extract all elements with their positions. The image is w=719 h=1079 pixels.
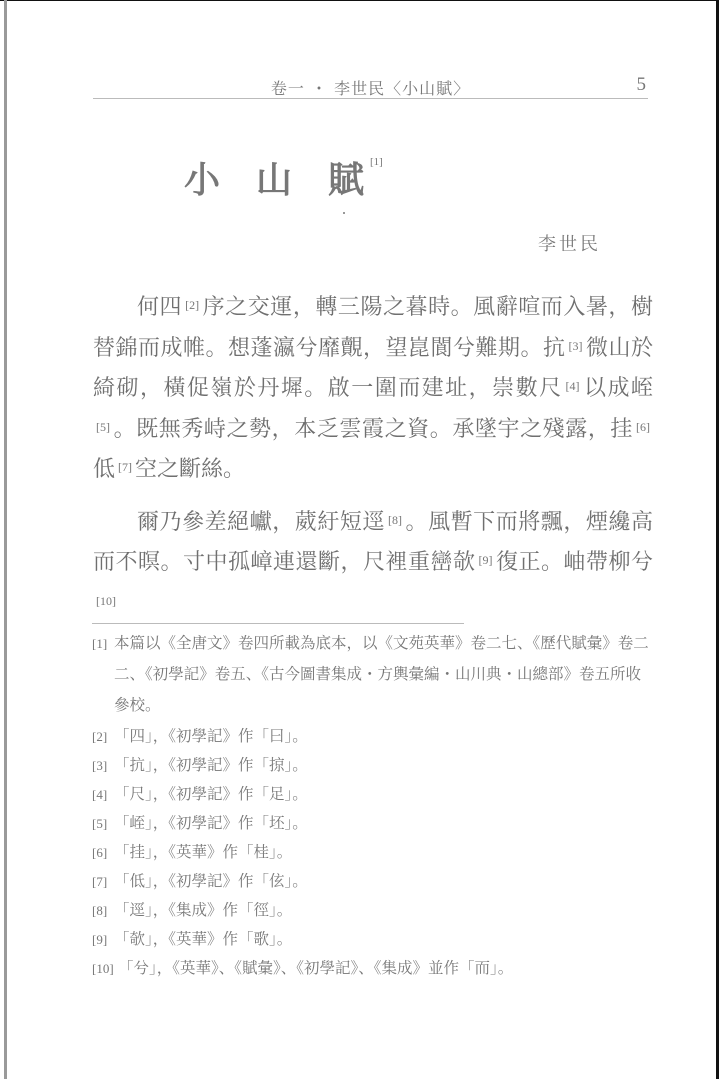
footnote-number: [2] <box>92 722 114 751</box>
footnote-ref[interactable]: [6] <box>636 420 650 434</box>
footnote-number: [6] <box>92 838 114 867</box>
footnote-3: [3]「抗」，《初學記》作「掠」。 <box>92 751 652 780</box>
author-name: 李世民 <box>538 230 601 256</box>
text-run: 空之斷絲。 <box>135 457 245 482</box>
footnote-10: [10]「兮」，《英華》、《賦彙》、《初學記》、《集成》並作「而」。 <box>92 954 652 983</box>
text-run: 爾乃參差絕巘，葳紆短逕 <box>137 510 385 535</box>
footnote-text: 「兮」，《英華》、《賦彙》、《初學記》、《集成》並作「而」。 <box>118 959 513 977</box>
footnote-text: 「挂」，《英華》作「桂」。 <box>114 843 292 861</box>
footnote-2: [2]「四」，《初學記》作「曰」。 <box>92 722 652 751</box>
footnote-ref[interactable]: [3] <box>568 339 582 353</box>
scan-speck <box>343 212 345 214</box>
footnote-ref[interactable]: [7] <box>118 460 132 474</box>
footnote-text: 「峌」，《初學記》作「坯」。 <box>114 814 308 832</box>
footnote-1: [1]本篇以《全唐文》卷四所載為底本，以《文苑英華》卷二七、《歷代賦彙》卷二二、… <box>92 628 652 721</box>
footnote-6: [6]「挂」，《英華》作「桂」。 <box>92 838 652 867</box>
footnote-8: [8]「逕」，《集成》作「徑」。 <box>92 896 652 925</box>
footnote-text: 「低」，《初學記》作「伭」。 <box>114 872 308 890</box>
text-run: 以成峌 <box>583 376 653 401</box>
footnote-number: [1] <box>92 628 114 659</box>
footnote-ref[interactable]: [10] <box>96 594 116 608</box>
title-text: 小山賦 <box>184 159 400 201</box>
footnote-ref[interactable]: [9] <box>478 553 492 567</box>
text-run: 低 <box>93 457 115 482</box>
footnote-number: [5] <box>92 809 114 838</box>
footnote-5: [5]「峌」，《初學記》作「坯」。 <box>92 809 652 838</box>
footnote-number: [10] <box>92 954 118 983</box>
footnotes: [1]本篇以《全唐文》卷四所載為底本，以《文苑英華》卷二七、《歷代賦彙》卷二二、… <box>92 628 652 983</box>
footnote-text: 「逕」，《集成》作「徑」。 <box>114 901 292 919</box>
footnote-number: [8] <box>92 896 114 925</box>
footnote-text: 「抗」，《初學記》作「掠」。 <box>114 756 308 774</box>
header-rule <box>93 98 648 99</box>
footnote-7: [7]「低」，《初學記》作「伭」。 <box>92 867 652 896</box>
paragraph-1: 何四[2]序之交運，轉三陽之暮時。風辭喧而入暑，樹替錦而成帷。想蓬瀛兮靡覿，望崑… <box>93 288 653 491</box>
paragraph-2: 爾乃參差絕巘，葳紆短逕[8]。風暫下而將飄，煙纔高而不暝。寸中孤嶂連還斷，尺裡重… <box>93 503 653 625</box>
footnote-text: 「尺」，《初學記》作「足」。 <box>114 785 308 803</box>
footnote-ref[interactable]: [4] <box>566 379 580 393</box>
text-run: 何四 <box>137 295 182 320</box>
footnote-number: [3] <box>92 751 114 780</box>
footnote-ref[interactable]: [5] <box>96 420 110 434</box>
footnote-number: [9] <box>92 925 114 954</box>
footnote-text: 「欹」，《英華》作「歌」。 <box>114 930 292 948</box>
text-run: 。既無秀峙之勢，本乏雲霞之資。承墜宇之殘露，挂 <box>113 417 633 442</box>
footnote-ref[interactable]: [2] <box>185 298 199 312</box>
footnote-text: 本篇以《全唐文》卷四所載為底本，以《文苑英華》卷二七、《歷代賦彙》卷二二、《初學… <box>114 634 649 714</box>
page-number: 5 <box>637 74 647 96</box>
running-head-title: 卷一 ・ 李世民〈小山賦〉 <box>93 76 648 99</box>
title-footnote-ref[interactable]: [1] <box>370 156 383 168</box>
footnote-number: [7] <box>92 867 114 896</box>
body-text: 何四[2]序之交運，轉三陽之暮時。風辭喧而入暑，樹替錦而成帷。想蓬瀛兮靡覿，望崑… <box>93 288 653 624</box>
scan-border-left <box>4 0 7 1079</box>
footnote-ref[interactable]: [8] <box>388 513 402 527</box>
scan-border-top <box>0 0 719 1</box>
text-run: 復正。岫帶柳兮 <box>495 550 653 575</box>
document-title: 小山賦[1] <box>184 152 383 203</box>
running-head: 卷一 ・ 李世民〈小山賦〉 5 <box>93 74 648 98</box>
footnote-number: [4] <box>92 780 114 809</box>
footnote-separator <box>92 623 464 624</box>
footnote-9: [9]「欹」，《英華》作「歌」。 <box>92 925 652 954</box>
footnote-4: [4]「尺」，《初學記》作「足」。 <box>92 780 652 809</box>
footnote-text: 「四」，《初學記》作「曰」。 <box>114 727 308 745</box>
